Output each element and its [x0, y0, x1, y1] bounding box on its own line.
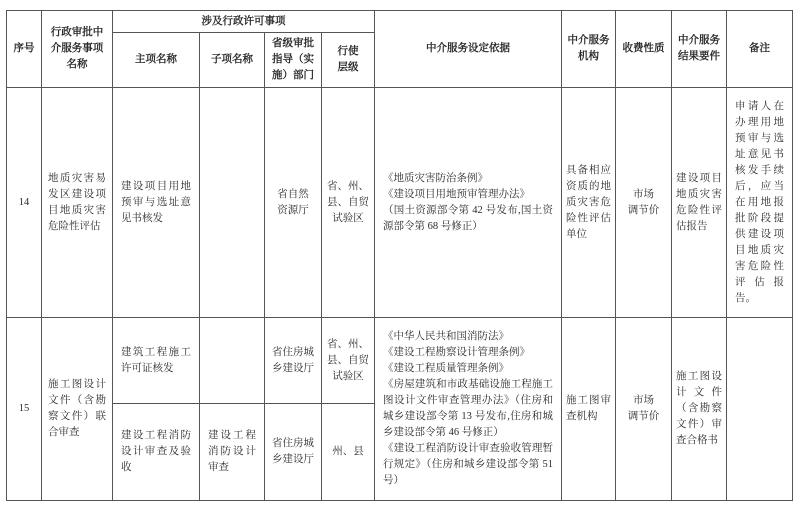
header-remarks: 备注 — [727, 11, 793, 88]
header-fee-nature: 收费性质 — [616, 11, 672, 88]
header-row-top: 序号 行政审批中介服务事项名称 涉及行政许可事项 中介服务设定依据 中介服务机构… — [7, 11, 793, 33]
cell-result-doc: 施工图设计文件（含勘察文件）审查合格书 — [672, 318, 727, 501]
cell-result-doc: 建设项目地质灾害危险性评估报告 — [672, 88, 727, 318]
cell-agency: 施工图审查机构 — [562, 318, 616, 501]
table-container: 序号 行政审批中介服务事项名称 涉及行政许可事项 中介服务设定依据 中介服务机构… — [6, 10, 793, 501]
cell-sub-item: 建设工程消防设计审查 — [200, 404, 265, 501]
table-row-14: 14 地质灾害易发区建设项目地质灾害危险性评估 建设项目用地预审与选址意见书核发… — [7, 88, 793, 318]
header-exercise-level: 行使层级 — [322, 33, 375, 88]
cell-basis: 《中华人民共和国消防法》 《建设工程勘察设计管理条例》 《建设工程质量管理条例》… — [375, 318, 562, 501]
cell-provincial-dept: 省住房城 乡建设厅 — [265, 404, 322, 501]
header-basis: 中介服务设定依据 — [375, 11, 562, 88]
header-service-name: 行政审批中介服务事项名称 — [42, 11, 113, 88]
cell-exercise-level: 省、州、 县、自贸 试验区 — [322, 88, 375, 318]
cell-exercise-level: 州、县 — [322, 404, 375, 501]
cell-main-item: 建设工程消防设计审查及验收 — [113, 404, 200, 501]
cell-provincial-dept: 省自然 资源厅 — [265, 88, 322, 318]
cell-seq: 14 — [7, 88, 42, 318]
cell-sub-item — [200, 318, 265, 404]
header-sub-item: 子项名称 — [200, 33, 265, 88]
header-agency: 中介服务机构 — [562, 11, 616, 88]
cell-service-name: 施工图设计文件（含勘察文件）联合审查 — [42, 318, 113, 501]
cell-main-item: 建筑工程施工许可证核发 — [113, 318, 200, 404]
document-page: { "page": { "background": "#ffffff", "te… — [0, 0, 800, 513]
cell-sub-item — [200, 88, 265, 318]
cell-seq: 15 — [7, 318, 42, 501]
table-row-15-sub-1: 15 施工图设计文件（含勘察文件）联合审查 建筑工程施工许可证核发 省住房城 乡… — [7, 318, 793, 404]
cell-provincial-dept: 省住房城 乡建设厅 — [265, 318, 322, 404]
header-main-item: 主项名称 — [113, 33, 200, 88]
header-licensing-group: 涉及行政许可事项 — [113, 11, 375, 33]
cell-main-item: 建设项目用地预审与选址意见书核发 — [113, 88, 200, 318]
cell-fee-nature: 市场 调节价 — [616, 88, 672, 318]
cell-exercise-level: 省、州、 县、自贸 试验区 — [322, 318, 375, 404]
cell-service-name: 地质灾害易发区建设项目地质灾害危险性评估 — [42, 88, 113, 318]
cell-basis: 《地质灾害防治条例》 《建设项目用地预审管理办法》 （国土资源部令第 42 号发… — [375, 88, 562, 318]
cell-remarks: 申请人在办理用地预审与选址意见书核发手续后，应当在用地报批阶段提供建设项目地质灾… — [727, 88, 793, 318]
cell-remarks — [727, 318, 793, 501]
cell-fee-nature: 市场 调节价 — [616, 318, 672, 501]
header-provincial-dept: 省级审批指导（实施）部门 — [265, 33, 322, 88]
cell-agency: 具备相应资质的地质灾害危险性评估单位 — [562, 88, 616, 318]
header-seq: 序号 — [7, 11, 42, 88]
header-result-doc: 中介服务结果要件 — [672, 11, 727, 88]
intermediary-services-table: 序号 行政审批中介服务事项名称 涉及行政许可事项 中介服务设定依据 中介服务机构… — [6, 10, 793, 501]
